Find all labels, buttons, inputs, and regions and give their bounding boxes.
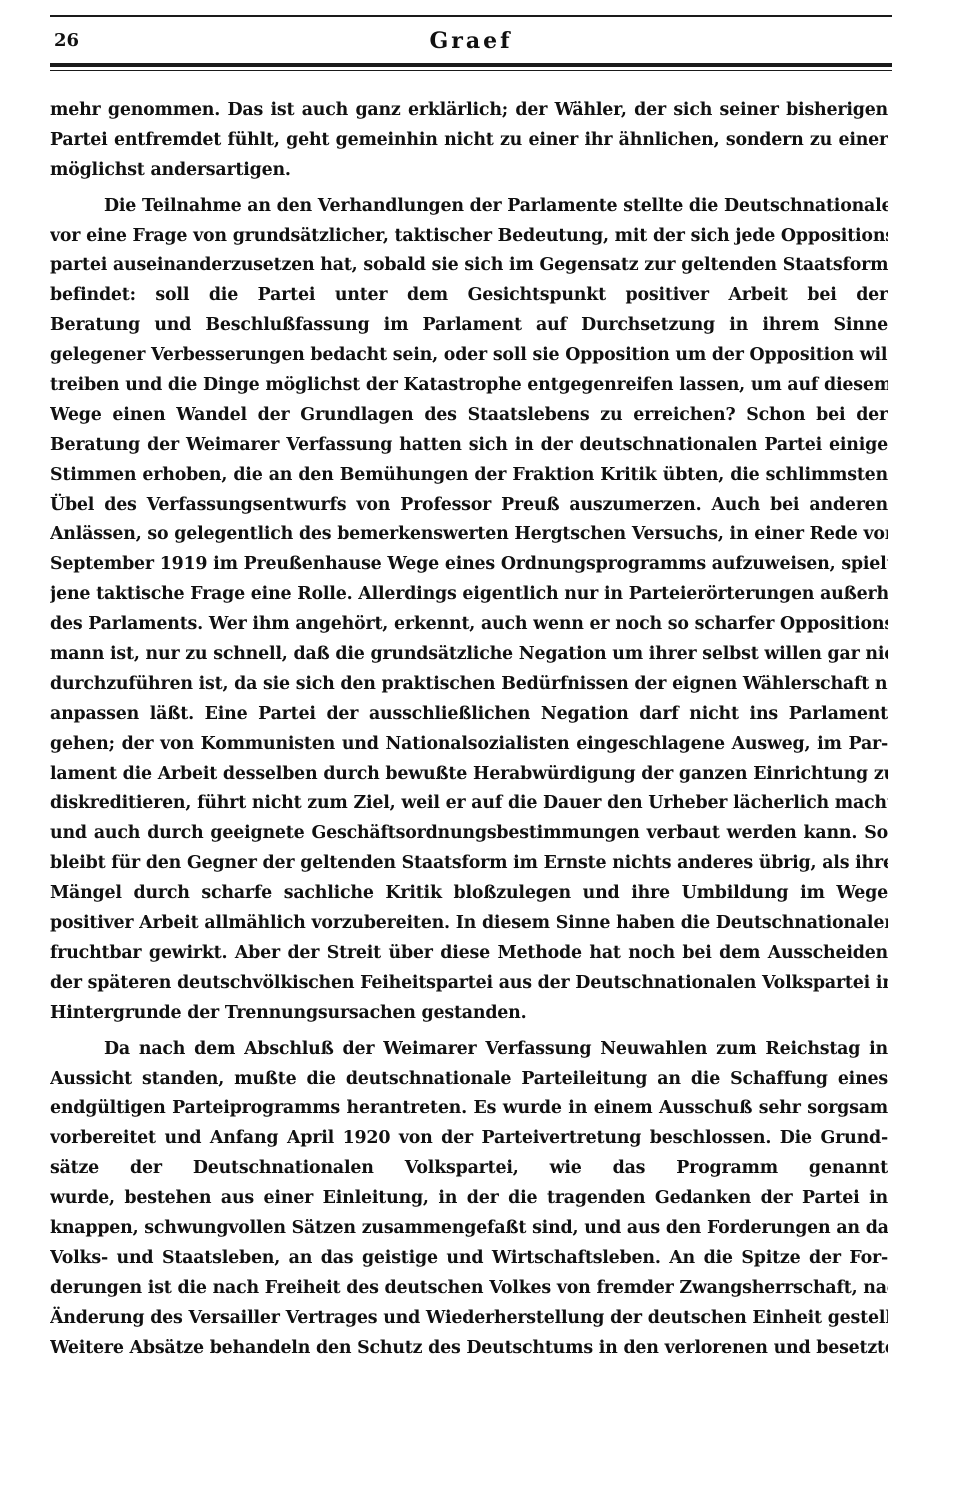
text-line: treiben und die Dinge möglichst der Kata…	[50, 371, 888, 401]
text-line: Beratung und Beschlußfassung im Parlamen…	[50, 311, 888, 341]
text-line: der späteren deutschvölkischen Feiheitsp…	[50, 969, 888, 999]
text-line: mann ist, nur zu schnell, daß die grunds…	[50, 640, 888, 670]
text-line: sätze der Deutschnationalen Volkspartei,…	[50, 1154, 888, 1184]
text-line: anpassen läßt. Eine Partei der ausschlie…	[50, 700, 888, 730]
page-header: 26 Graef	[50, 26, 892, 58]
text-line: Partei entfremdet fühlt, geht gemeinhin …	[50, 126, 888, 156]
text-line: knappen, schwungvollen Sätzen zusammenge…	[50, 1214, 888, 1244]
text-line: Hintergrunde der Trennungsursachen gesta…	[50, 999, 888, 1029]
text-line: September 1919 im Preußenhause Wege eine…	[50, 550, 888, 580]
text-line: Mängel durch scharfe sachliche Kritik bl…	[50, 879, 888, 909]
text-line: derungen ist die nach Freiheit des deuts…	[50, 1274, 888, 1304]
header-top-rule	[50, 15, 892, 17]
text-line: Anlässen, so gelegentlich des bemerkensw…	[50, 520, 888, 550]
text-line: Stimmen erhoben, die an den Bemühungen d…	[50, 461, 888, 491]
text-line: und auch durch geeignete Geschäftsordnun…	[50, 819, 888, 849]
text-line: Übel des Verfassungsentwurfs von Profess…	[50, 491, 888, 521]
paragraph: mehr genommen. Das ist auch ganz erklärl…	[50, 96, 888, 186]
text-line: befindet: soll die Partei unter dem Gesi…	[50, 281, 888, 311]
header-bottom-rule-thick	[50, 63, 892, 67]
text-line: Da nach dem Abschluß der Weimarer Verfas…	[50, 1035, 888, 1065]
text-line: gehen; der von Kommunisten und Nationals…	[50, 730, 888, 760]
text-line: endgültigen Parteiprogramms herantreten.…	[50, 1094, 888, 1124]
text-line: fruchtbar gewirkt. Aber der Streit über …	[50, 939, 888, 969]
body-text: mehr genommen. Das ist auch ganz erklärl…	[50, 96, 888, 1363]
text-line: Weitere Absätze behandeln den Schutz des…	[50, 1334, 888, 1364]
text-line: partei auseinanderzusetzen hat, sobald s…	[50, 251, 888, 281]
text-line: Die Teilnahme an den Verhandlungen der P…	[50, 192, 888, 222]
text-line: diskreditieren, führt nicht zum Ziel, we…	[50, 789, 888, 819]
paragraph: Da nach dem Abschluß der Weimarer Verfas…	[50, 1035, 888, 1364]
text-line: möglichst andersartigen.	[50, 156, 888, 186]
text-line: Volks- und Staatsleben, an das geistige …	[50, 1244, 888, 1274]
text-line: positiver Arbeit allmählich vorzubereite…	[50, 909, 888, 939]
text-line: bleibt für den Gegner der geltenden Staa…	[50, 849, 888, 879]
text-line: Aussicht standen, mußte die deutschnatio…	[50, 1065, 888, 1095]
text-line: Beratung der Weimarer Verfassung hatten …	[50, 431, 888, 461]
text-line: des Parlaments. Wer ihm angehört, erkenn…	[50, 610, 888, 640]
text-line: durchzuführen ist, da sie sich den prakt…	[50, 670, 888, 700]
text-line: lament die Arbeit desselben durch bewußt…	[50, 760, 888, 790]
text-line: vorbereitet und Anfang April 1920 von de…	[50, 1124, 888, 1154]
text-line: wurde, bestehen aus einer Einleitung, in…	[50, 1184, 888, 1214]
text-line: Änderung des Versailler Vertrages und Wi…	[50, 1304, 888, 1334]
text-line: Wege einen Wandel der Grundlagen des Sta…	[50, 401, 888, 431]
text-line: jene taktische Frage eine Rolle. Allerdi…	[50, 580, 888, 610]
running-head: Graef	[50, 28, 892, 54]
text-line: mehr genommen. Das ist auch ganz erklärl…	[50, 96, 888, 126]
paragraph: Die Teilnahme an den Verhandlungen der P…	[50, 192, 888, 1029]
text-line: vor eine Frage von grundsätzlicher, takt…	[50, 222, 888, 252]
text-line: gelegener Verbesserungen bedacht sein, o…	[50, 341, 888, 371]
header-bottom-rule-thin	[50, 70, 892, 71]
